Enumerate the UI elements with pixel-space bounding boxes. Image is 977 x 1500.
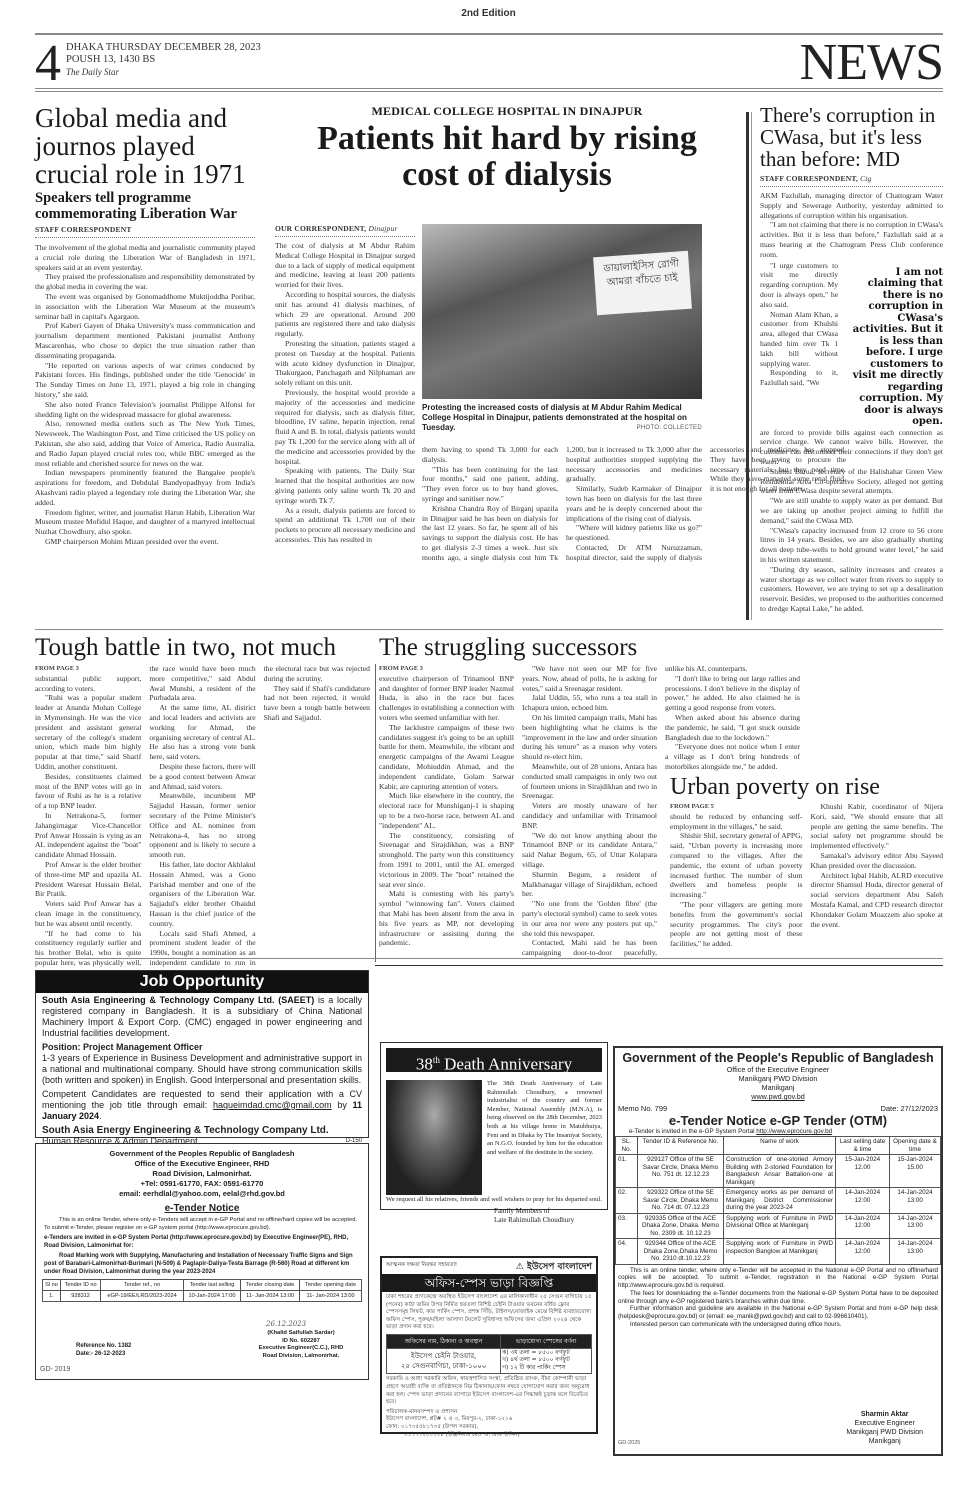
from-page-label: FROM PAGE 3 [35, 664, 141, 674]
section-divider [375, 965, 943, 966]
paragraph: Prof Anwar is the elder brother of three… [35, 860, 141, 899]
usep-logo-icon: ⚠ [516, 1262, 524, 1272]
dialysis-right-columns: them having to spend Tk 3,000 for each d… [422, 445, 702, 565]
paragraph: The involvement of the global media and … [35, 243, 255, 272]
portrait-photo [386, 1080, 482, 1195]
paragraph: GMP chairperson Mohim Mizan presided ove… [35, 537, 255, 547]
paragraph: Mahi is contesting with his party's symb… [379, 889, 514, 948]
paragraph: AKM Fazlullah, managing director of Chat… [760, 191, 943, 220]
prayer-request: We request all his relatives, friends an… [386, 1196, 602, 1204]
paragraph: On his limited campaign trails, Mahi has… [522, 713, 657, 762]
page-number: 4 [35, 38, 61, 90]
paragraph: The event was organised by Gonomaddhome … [35, 292, 255, 321]
paragraph: "Everyone does not notice when I enter a… [665, 742, 800, 771]
usep-brand: ⚠ ইউসেপ বাংলাদেশ [516, 1259, 592, 1274]
paragraph: The cost of dialysis at M Abdur Rahim Me… [275, 241, 415, 290]
office-lines: Office of the Executive Engineer Manikga… [615, 1065, 941, 1101]
signoff: Family Members of Late Rahimullah Choudh… [494, 1207, 602, 1225]
paragraph: Shishir Shil, secretary general of APPG,… [670, 831, 803, 900]
story-dialysis: MEDICAL COLLEGE HOSPITAL IN DINAJPUR Pat… [273, 104, 741, 193]
paragraph: When asked about his absence during the … [665, 713, 800, 742]
paragraph: At the same time, AL district and local … [149, 703, 255, 762]
paragraph: "Where will kidney patients like us go?"… [566, 523, 702, 543]
paragraph: substantial public support, according to… [35, 674, 141, 694]
paragraph: Much like elsewhere in the country, the … [379, 791, 514, 830]
memo-number: Memo No. 799 [618, 1104, 667, 1113]
anniversary-text: The 38th Death Anniversary of Late Rahim… [487, 1080, 602, 1195]
paragraph: Meanwhile, out of 28 unions, Antara has … [522, 762, 657, 801]
paragraph: "During dry season, salinity increases a… [760, 565, 943, 614]
anniversary-content: The 38th Death Anniversary of Late Rahim… [386, 1080, 602, 1195]
protest-placard: ডায়ালাইসিস রোগী আমরা বাঁচতে চাই [593, 251, 692, 315]
paragraph: them having to spend Tk 3,000 for each d… [422, 445, 558, 465]
pwd-website-link[interactable]: www.pwd.gov.bd [751, 1092, 804, 1101]
usep-tagline: আত্মনক দক্ষতা নিরন্তর সহায়তা! [386, 1262, 457, 1270]
dialysis-left-column: OUR CORRESPONDENT, Dinajpur The cost of … [275, 224, 415, 545]
table-row: 1. 928312 eGP-19/EE/LRD/2023-2024 10-Jan… [43, 1291, 362, 1302]
date-line: DHAKA THURSDAY DECEMBER 28, 2023 [66, 42, 261, 54]
paragraph: Prof Kaberi Gayen of Dhaka University's … [35, 321, 255, 360]
table-row: ইউসেপ চেইনি টাওয়ার,২৫ সেগুনবাগিচা, ঢাকা… [387, 1348, 592, 1374]
story-body: FROM PAGE 3 substantial public support, … [35, 664, 370, 974]
narrow-column: "I urge customers to visit me directly r… [760, 261, 838, 428]
paragraph: Shimul Barua, secretary of the Halishaha… [760, 467, 943, 496]
paragraph: Jalal Uddin, 55, who runs a tea stall in… [522, 693, 657, 713]
paragraph: "The poor villagers are getting more ben… [670, 900, 803, 949]
ad-title: অফিস-স্পেস ভাড়া বিজ্ঞপ্তি [382, 1274, 596, 1292]
cwasa-split: "I urge customers to visit me directly r… [760, 261, 943, 428]
tender-notes: This is an online tender, where only e-T… [615, 1265, 941, 1329]
ad-rhd-tender: Government of the Peoples Republic of Ba… [35, 1143, 369, 1380]
paragraph: are forced to provide bills against each… [760, 428, 943, 467]
paragraph: Indian newspapers prominently featured t… [35, 468, 255, 507]
paragraph: "I am not claiming that there is no corr… [760, 220, 943, 259]
column-rule [751, 112, 752, 620]
headline: Global media and journos played crucial … [35, 104, 255, 188]
masthead-dateline: DHAKA THURSDAY DECEMBER 28, 2023 POUSH 1… [66, 42, 261, 78]
usep-eligibility: সরকারি ও আধা সরকারি অফিস, স্বায়ত্তশাসিত… [382, 1376, 596, 1406]
paragraph: In Netrakona-5, former Jahangirnagar Vic… [35, 811, 141, 860]
story-body: The involvement of the global media and … [35, 243, 255, 547]
masthead-rule [35, 88, 943, 92]
ad-code: GD-2025 [618, 1440, 640, 1446]
ad-death-anniversary: 38th Death Anniversary The 38th Death An… [380, 1042, 608, 1210]
story-body: FROM PAGE 5 should be reduced by enhanci… [670, 802, 943, 960]
paragraph: Freedom fighter, writer, and journalist … [35, 508, 255, 537]
paragraph: Similarly, Sudeb Karmaker of Dinajpur to… [566, 484, 702, 523]
byline: STAFF CORRESPONDENT [35, 225, 255, 238]
paragraph: "Ruhi was a popular student leader at An… [35, 693, 141, 771]
protest-photo: ডায়ালাইসিস রোগী আমরা বাঁচতে চাই [422, 224, 702, 399]
from-page-label: FROM PAGE 3 [379, 664, 514, 674]
table-row: 04. 929344 Office of the ACE Dhaka Zone,… [616, 1239, 941, 1265]
signature-mark: 26.12.2023 [266, 1320, 306, 1328]
invite-line: e-Tender is invited in the e-GP System P… [615, 1128, 941, 1135]
company-intro: South Asia Engineering & Technology Comp… [36, 995, 368, 1039]
photo-credit: PHOTO: COLLECTED [422, 425, 702, 431]
usep-intro: ঢাকা শহরের প্রাণকেন্দ্রে অবস্থিত ইউসেপ ব… [382, 1294, 596, 1332]
paragraph: Besides, constituents claimed most of th… [35, 772, 141, 811]
paragraph: Speaking with patients, The Daily Star l… [275, 466, 415, 505]
subhead: Speakers tell programme commemorating Li… [35, 190, 255, 222]
usep-table: অফিসের নাম, ঠিকানা ও অবস্থান ভাড়াযোগ্য … [386, 1334, 592, 1375]
paragraph: "I urge customers to visit me directly r… [760, 261, 838, 310]
story-body-continued: are forced to provide bills against each… [760, 428, 943, 614]
paragraph: His father, late doctor Akhlakul Hossain… [149, 860, 255, 929]
paragraph: The constituency, consisting of Sreenaga… [379, 831, 514, 890]
ad-usep-office-space: আত্মনক দক্ষতা নিরন্তর সহায়তা! ⚠ ইউসেপ ব… [380, 1256, 598, 1434]
paragraph: As a result, dialysis patients are force… [275, 506, 415, 545]
paragraph: They praised the professionalism and res… [35, 272, 255, 292]
company-footer: South Asia Energy Engineering & Technolo… [36, 1125, 368, 1136]
headline: There's corruption in CWasa, but it's le… [760, 104, 943, 170]
tender-title: e-Tender Notice e-GP Tender (OTM) [615, 1113, 941, 1128]
table-row: 03. 929335 Office of the ACE Dhaka Zone,… [616, 1213, 941, 1239]
byline: STAFF CORRESPONDENT, Ctg [760, 174, 943, 187]
headline: The struggling successors [379, 634, 943, 662]
usep-table-wrap: অফিসের নাম, ঠিকানা ও অবস্থান ভাড়াযোগ্য … [382, 1332, 596, 1377]
paragraph: The lacklustre campaigns of these two ca… [379, 723, 514, 792]
paragraph: "This has been continuing for the last f… [422, 465, 558, 504]
story-successors-frame [375, 664, 376, 962]
usep-contact: পরিচালক-মানবসম্পদ ও প্রশাসন ইউসেপ বাংলাদ… [382, 1409, 596, 1439]
paragraph: Also, renowned media outlets such as The… [35, 419, 255, 468]
paragraph: "I don't like to bring out large rallies… [665, 674, 800, 713]
paragraph: "We do not know anything about the Trina… [522, 831, 657, 870]
memo-row: Memo No. 799 Date: 27/12/2023 [615, 1101, 941, 1113]
from-page-label: FROM PAGE 5 [670, 802, 803, 812]
story-body: The cost of dialysis at M Abdur Rahim Me… [275, 241, 415, 545]
paragraph: Noman Alam Khan, a customer from Khulshi… [760, 310, 838, 369]
paragraph: "No one from the 'Golden fibre' (the par… [522, 899, 657, 938]
reference-block: Reference No. 1382 Date:- 26-12-2023 [76, 1342, 131, 1358]
paragraph: Meanwhile, incumbent MP Sajjadul Hassan,… [149, 791, 255, 860]
paragraph: Samakal's advisory editor Abu Sayeed Kha… [811, 851, 944, 871]
section-title: NEWS [800, 38, 943, 88]
paragraph: Despite these factors, there will be a g… [149, 762, 255, 791]
photo-caption-block: Protesting the increased costs of dialys… [422, 403, 702, 431]
paragraph: They said if Shafi's candidature had not… [264, 684, 370, 723]
signatory-block: Sharmin Aktar Executive Engineer Manikga… [846, 1410, 923, 1446]
tender-header: Government of the Peoples Republic of Ba… [36, 1149, 368, 1199]
table-row: 01. 929127 Office of the SE Savar Circle… [616, 1155, 941, 1188]
position: Position: Project Management Officer [36, 1042, 368, 1053]
bangla-date: POUSH 13, 1430 BS [66, 54, 261, 66]
story-tough-battle: Tough battle in two, not much FROM PAGE … [35, 634, 370, 974]
tender-table: SL. No. Tender ID & Reference No. Name o… [615, 1136, 941, 1265]
paragraph: "He reported on various aspects of war c… [35, 361, 255, 400]
paper-name: The Daily Star [66, 66, 261, 78]
eprocure-link[interactable]: http://www.eprocure.gov.bd [756, 1128, 832, 1135]
paragraph: She also noted France Television's journ… [35, 400, 255, 420]
apply-email-link[interactable]: haqueimdad.cmc@gmail.com [213, 1100, 332, 1110]
paragraph: Protesting the situation, patients stage… [275, 339, 415, 388]
paragraph: Responding to it, Fazlullah said, "We [760, 368, 838, 388]
paragraph: Voters are mostly unaware of her candida… [522, 801, 657, 830]
paragraph: "We are still unable to supply water as … [760, 496, 943, 525]
signatory-block: (Khalid Saifullah Sardar) ID No. 602287 … [241, 1330, 361, 1360]
tender-work: Road Marking work with Supplying, Manufa… [36, 1250, 368, 1276]
headline: Tough battle in two, not much [35, 634, 370, 662]
ad-code: GD- 2019 [40, 1366, 70, 1373]
tender-table-wrap: Sl no Tender ID no Tender ref., no Tende… [36, 1276, 368, 1302]
tender-title: e-Tender Notice [36, 1203, 368, 1214]
usep-topbar: আত্মনক দক্ষতা নিরন্তর সহায়তা! ⚠ ইউসেপ ব… [382, 1258, 596, 1274]
paragraph: Khushi Kabir, coordinator of Nijera Kori… [811, 802, 944, 851]
kicker: MEDICAL COLLEGE HOSPITAL IN DINAJPUR [273, 104, 741, 119]
column-rule [746, 112, 749, 620]
table-row: 02. 929322 Office of the SE Savar Circle… [616, 1188, 941, 1214]
tender-intro: This is an online Tender, where only e-T… [36, 1214, 368, 1232]
edition-label: 2nd Edition [0, 8, 977, 19]
paragraph: Sharmin Begum, a resident of Malkhanagar… [522, 870, 657, 899]
paragraph: Voters said Prof Anwar has a clean image… [35, 899, 141, 928]
tender-invite: e-Tenders are invited in e-GP System Por… [36, 1232, 368, 1250]
ad-title: 38th Death Anniversary [386, 1048, 602, 1072]
memo-date: Date: 27/12/2023 [880, 1104, 938, 1113]
apply-instructions: Competent Candidates are requested to se… [36, 1089, 368, 1122]
gov-title: Government of the People's Republic of B… [615, 1051, 941, 1065]
ad-title: Job Opportunity [36, 971, 368, 993]
story-urban-poverty: Urban poverty on rise FROM PAGE 5 should… [664, 774, 943, 962]
story-cwasa: There's corruption in CWasa, but it's le… [760, 104, 943, 614]
requirements: 1-3 years of Experience in Business Deve… [36, 1053, 368, 1086]
pull-quote: I am not claiming that there is no corru… [844, 261, 943, 428]
story-body: AKM Fazlullah, managing director of Chat… [760, 191, 943, 260]
paragraph: should be reduced by enhancing self-empl… [670, 812, 803, 832]
ad-job-opportunity: Job Opportunity South Asia Engineering &… [35, 970, 369, 1138]
paragraph: Previously, the hospital would provide a… [275, 388, 415, 466]
headline: Patients hit hard by rising cost of dial… [273, 121, 741, 193]
paragraph: According to hospital sources, the dialy… [275, 290, 415, 339]
story-global-media: Global media and journos played crucial … [35, 104, 255, 547]
ad-pwd-tender: Government of the People's Republic of B… [613, 1046, 943, 1456]
paragraph: Architect Iqbal Habib, ALRD executive di… [811, 871, 944, 930]
paragraph: executive chairperson of Trinamool BNP a… [379, 674, 514, 723]
tender-table: Sl no Tender ID no Tender ref., no Tende… [42, 1279, 362, 1302]
headline: Urban poverty on rise [670, 774, 943, 800]
section-divider [35, 958, 943, 959]
story-successors: The struggling successors [379, 634, 943, 662]
byline: OUR CORRESPONDENT, Dinajpur [275, 224, 415, 237]
section-divider [35, 629, 943, 630]
paragraph: "CWasa's capacity increased from 12 cror… [760, 526, 943, 565]
paragraph: "We have not seen our MP for five years.… [522, 664, 657, 693]
